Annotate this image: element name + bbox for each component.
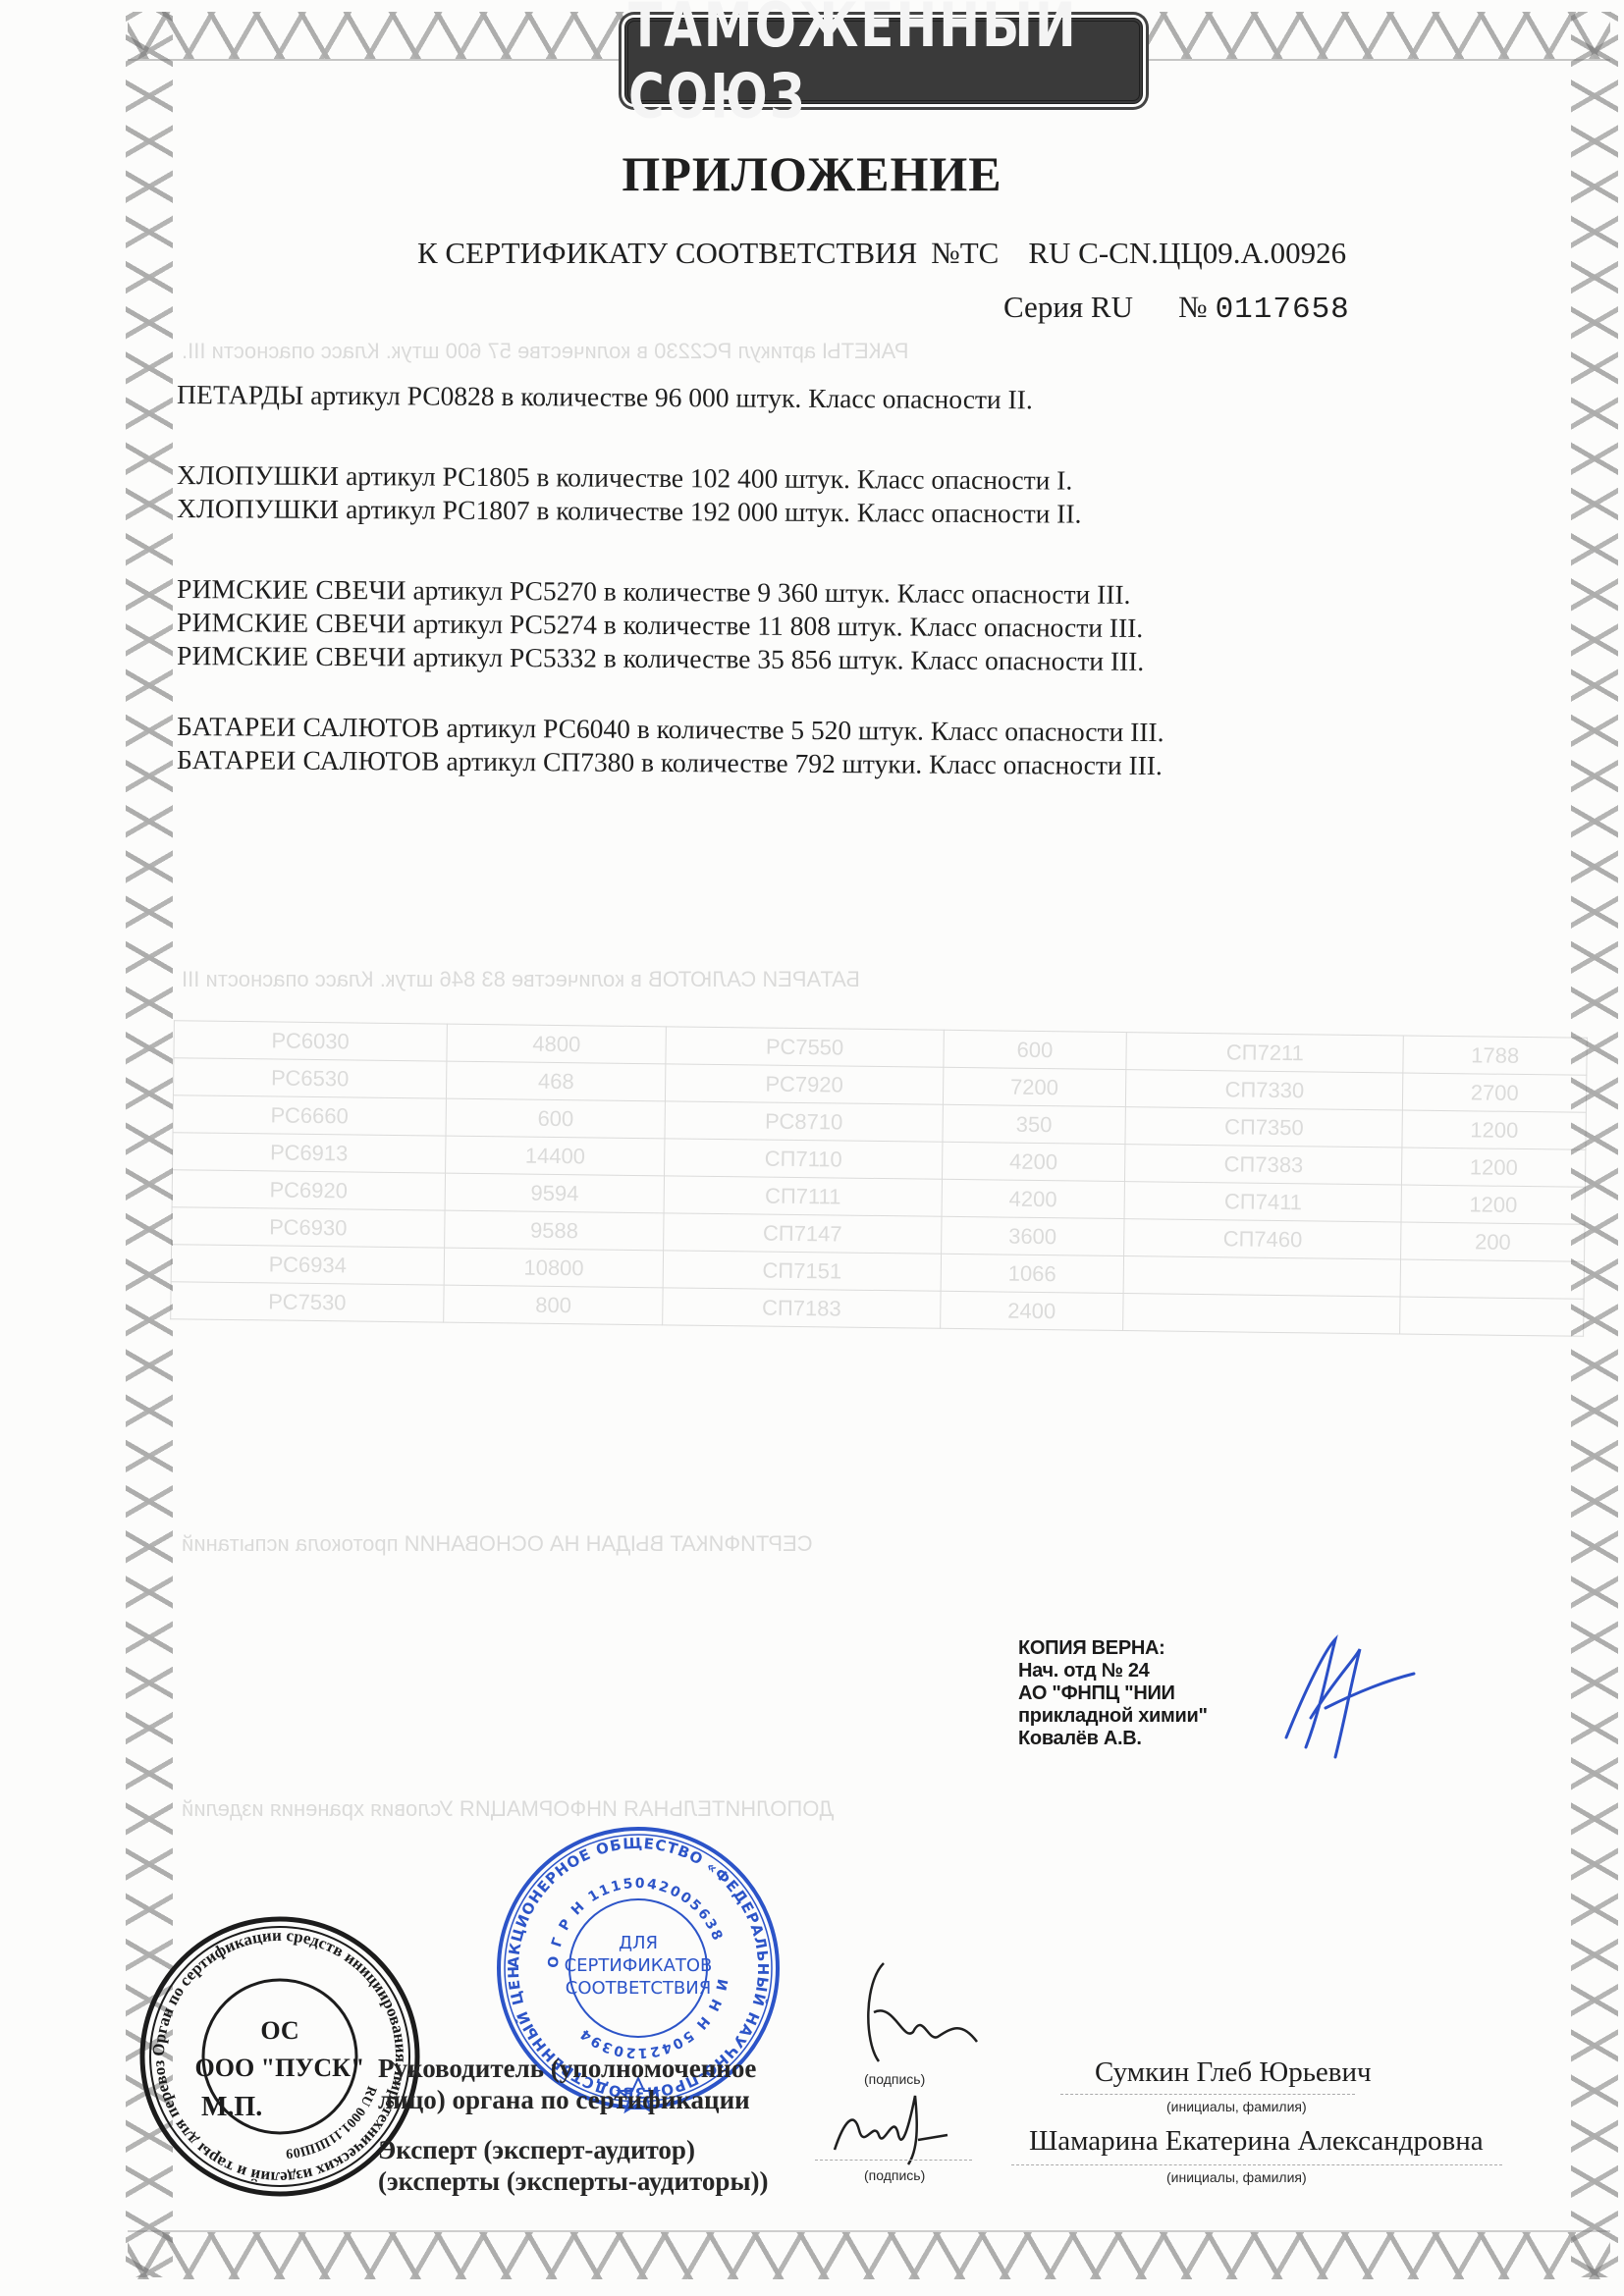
certificate-reference: К СЕРТИФИКАТУ СООТВЕТСТВИЯ№ТСRU С-CN.ЦЦ0… xyxy=(417,236,1346,271)
subtitle-no: №ТС xyxy=(931,236,999,270)
bleed-through-table: РС60304800РС7550600СП72111788РС6530468РС… xyxy=(170,1020,1588,1337)
product-item: РИМСКИЕ СВЕЧИ артикул РС5332 в количеств… xyxy=(177,639,1453,680)
certificate-appendix-page: РАКЕТЫ артикул РС2230 в количестве 57 60… xyxy=(0,0,1624,2296)
head-signature-icon xyxy=(844,1953,982,2081)
product-item: ХЛОПУШКИ артикул РС1807 в количестве 192… xyxy=(177,492,1453,533)
expert-role-label: Эксперт (эксперт-аудитор) xyxy=(378,2135,695,2165)
subtitle-prefix: К СЕРТИФИКАТУ СООТВЕТСТВИЯ xyxy=(417,236,917,270)
name-line xyxy=(1060,2094,1355,2095)
series-label: Серия RU xyxy=(1003,290,1133,324)
bleed-through-text: БАТАРЕИ САЛЮТОВ в количестве 83 846 штук… xyxy=(182,967,860,992)
head-role-label-2: лицо) органа по сертификации xyxy=(378,2085,750,2115)
name-line xyxy=(1011,2164,1502,2165)
svg-text:ООО "ПУСК": ООО "ПУСК" xyxy=(195,2054,365,2082)
bleed-through-text: ДОПОЛНИТЕЛЬНАЯ ИНФОРМАЦИЯ Условия хранен… xyxy=(182,1796,834,1822)
svg-text:ДЛЯ: ДЛЯ xyxy=(619,1933,658,1953)
signature-line xyxy=(815,2160,972,2161)
head-name: Сумкин Глеб Юрьевич xyxy=(1095,2056,1372,2089)
product-item: ПЕТАРДЫ артикул РС0828 в количестве 96 0… xyxy=(177,378,1453,419)
number-label: № xyxy=(1178,290,1208,324)
expert-role-label-2: (эксперты (эксперты-аудиторы)) xyxy=(378,2166,769,2197)
svg-text:ОС: ОС xyxy=(260,2016,298,2045)
name-caption: (инициалы, фамилия) xyxy=(1166,2099,1307,2114)
decorative-border-bottom xyxy=(128,2230,1610,2279)
customs-union-banner: ТАМОЖЕННЫЙ СОЮЗ xyxy=(624,18,1143,104)
signature-caption: (подпись) xyxy=(864,2071,925,2087)
bleed-through-text: РАКЕТЫ артикул РС2230 в количестве 57 60… xyxy=(182,339,908,364)
head-role-label: Руководитель (уполномоченное xyxy=(378,2054,756,2084)
certificate-number: RU С-CN.ЦЦ09.А.00926 xyxy=(1028,236,1346,270)
product-list: ПЕТАРДЫ артикул РС0828 в количестве 96 0… xyxy=(177,378,1453,776)
svg-text:М.П.: М.П. xyxy=(201,2092,262,2122)
svg-text:СЕРТИФИКАТОВ: СЕРТИФИКАТОВ xyxy=(565,1955,713,1976)
product-item: БАТАРЕИ САЛЮТОВ артикул СП7380 в количес… xyxy=(177,743,1453,784)
banner-text: ТАМОЖЕННЫЙ СОЮЗ xyxy=(628,0,1139,133)
bleed-through-text: СЕРТИФИКАТ ВЫДАН НА ОСНОВАНИИ протокола … xyxy=(182,1531,813,1557)
name-caption: (инициалы, фамилия) xyxy=(1166,2169,1307,2185)
expert-signature-icon xyxy=(825,2091,952,2169)
page-title: ПРИЛОЖЕНИЕ xyxy=(0,145,1624,202)
copy-signature-icon xyxy=(1267,1629,1424,1767)
form-series: Серия RU№0117658 xyxy=(1003,290,1350,327)
copy-certification-note: КОПИЯ ВЕРНА: Нач. отд № 24 АО "ФНПЦ "НИИ… xyxy=(1018,1637,1208,1750)
signature-caption: (подпись) xyxy=(864,2167,925,2183)
expert-name: Шамарина Екатерина Александровна xyxy=(1029,2125,1484,2158)
form-number: 0117658 xyxy=(1216,293,1350,327)
svg-text:СООТВЕТСТВИЯ: СООТВЕТСТВИЯ xyxy=(566,1978,712,1999)
